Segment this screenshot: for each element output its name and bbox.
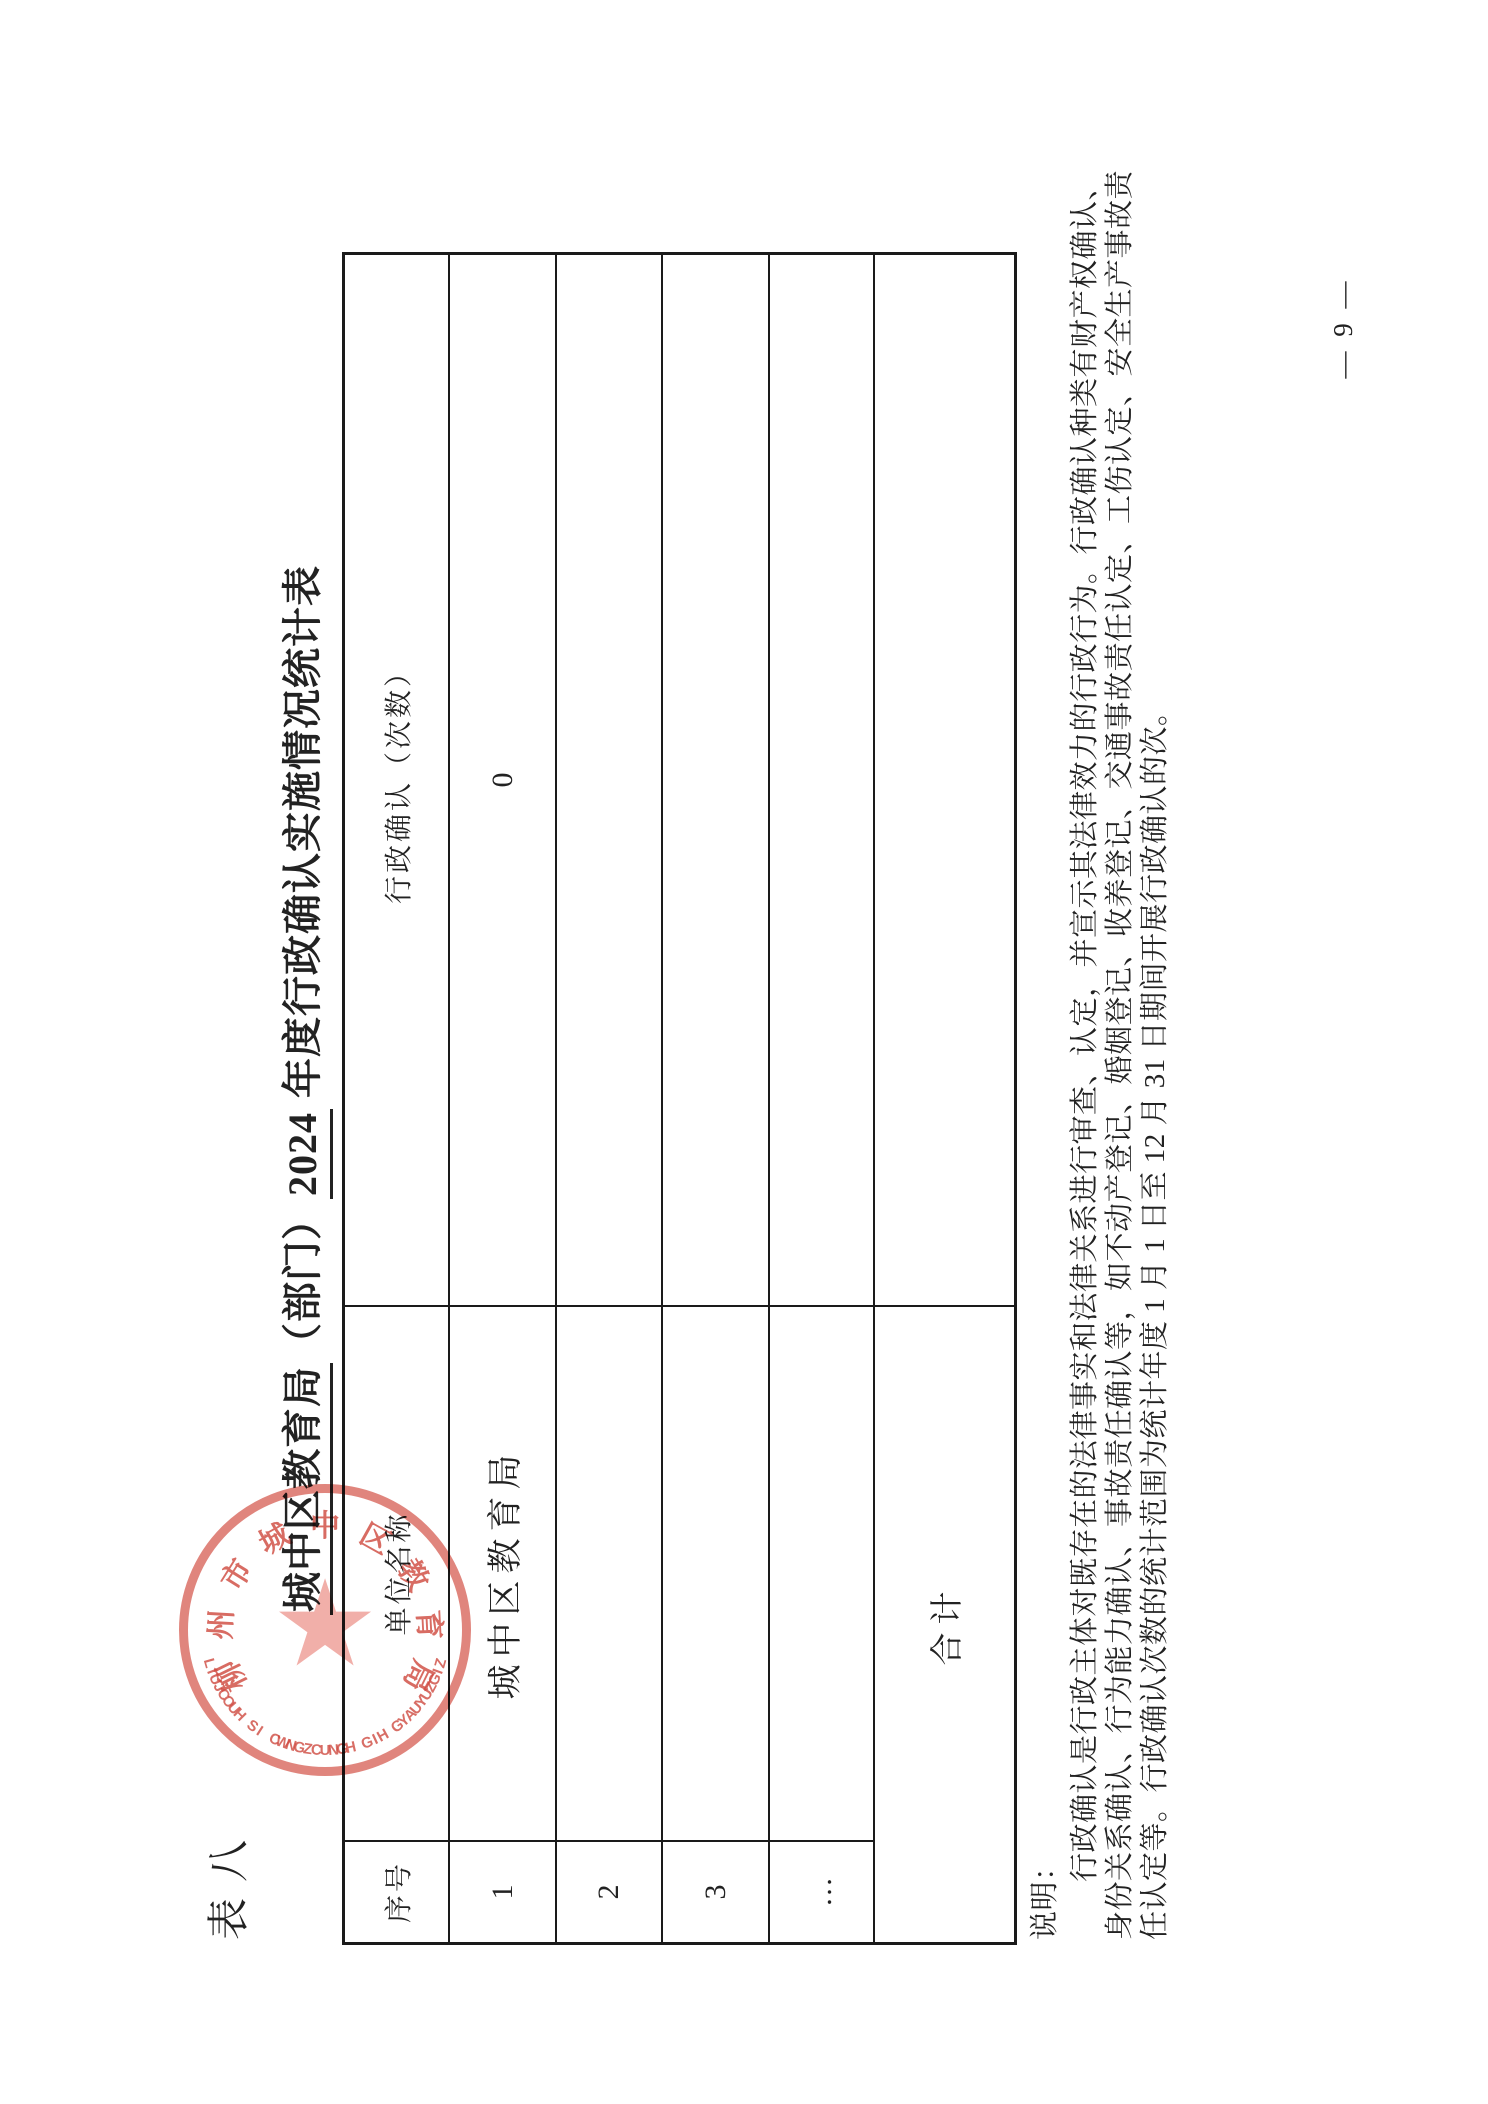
- notes-heading: 说明：: [1028, 198, 1063, 1940]
- stamp-star-icon: ★: [271, 1565, 379, 1685]
- row-confirm-count: [663, 255, 770, 1305]
- title-department-paren: （部门）: [280, 1199, 325, 1363]
- table-number-label: 表八: [196, 1824, 256, 1940]
- total-value-cell: [875, 255, 1014, 1305]
- total-label-cell: 合计: [875, 1305, 1014, 1942]
- stamp-char: 育: [410, 1607, 446, 1643]
- row-index: 1: [450, 1840, 557, 1942]
- row-unit-name: [663, 1305, 770, 1840]
- row-confirm-count: 0: [450, 255, 557, 1305]
- notes-line: 任认定等。行政确认次数的统计范围为统计年度 1 月 1 日至 12 月 31 日…: [1138, 198, 1173, 1940]
- document-title: 城中区教育局（部门）2024 年度行政确认实施情况统计表: [271, 565, 328, 1615]
- title-year: 2024: [280, 1109, 333, 1199]
- notes-line: 行政确认是行政主体对既存在的法律事实和法律关系进行审查、认定，并宣示其法律效力的…: [1068, 198, 1103, 1940]
- rotated-landscape-sheet: 表八 城中区教育局（部门）2024 年度行政确认实施情况统计表 序号 单位名称 …: [0, 0, 1488, 2104]
- title-rest: 年度行政确认实施情况统计表: [280, 565, 325, 1109]
- row-unit-name: [770, 1305, 875, 1840]
- notes-block: 说明： 行政确认是行政主体对既存在的法律事实和法律关系进行审查、认定，并宣示其法…: [1028, 198, 1173, 1940]
- row-unit-name: [557, 1305, 663, 1840]
- row-index-ellipsis: …: [770, 1840, 875, 1942]
- stamp-char: 州: [204, 1607, 240, 1643]
- row-confirm-count: [770, 255, 875, 1305]
- header-confirm-count: 行政确认（次数）: [345, 255, 450, 1305]
- stamp-char: 中: [308, 1510, 342, 1544]
- row-confirm-count: [557, 255, 663, 1305]
- row-index: 3: [663, 1840, 770, 1942]
- notes-line: 身份关系确认、行为能力确认、事故责任确认等，如不动产登记、婚姻登记、收养登记、交…: [1103, 198, 1138, 1940]
- official-stamp: ★ 柳州市城中区教育局 LIUJCOUHSICWNGZCUNGHGIHGYAUY…: [175, 1480, 475, 1780]
- scanned-document-page: { "page": { "label": "表八", "page_number"…: [0, 0, 1488, 2104]
- page-number: — 9 —: [1328, 258, 1359, 398]
- row-index: 2: [557, 1840, 663, 1942]
- header-index: 序号: [345, 1840, 450, 1942]
